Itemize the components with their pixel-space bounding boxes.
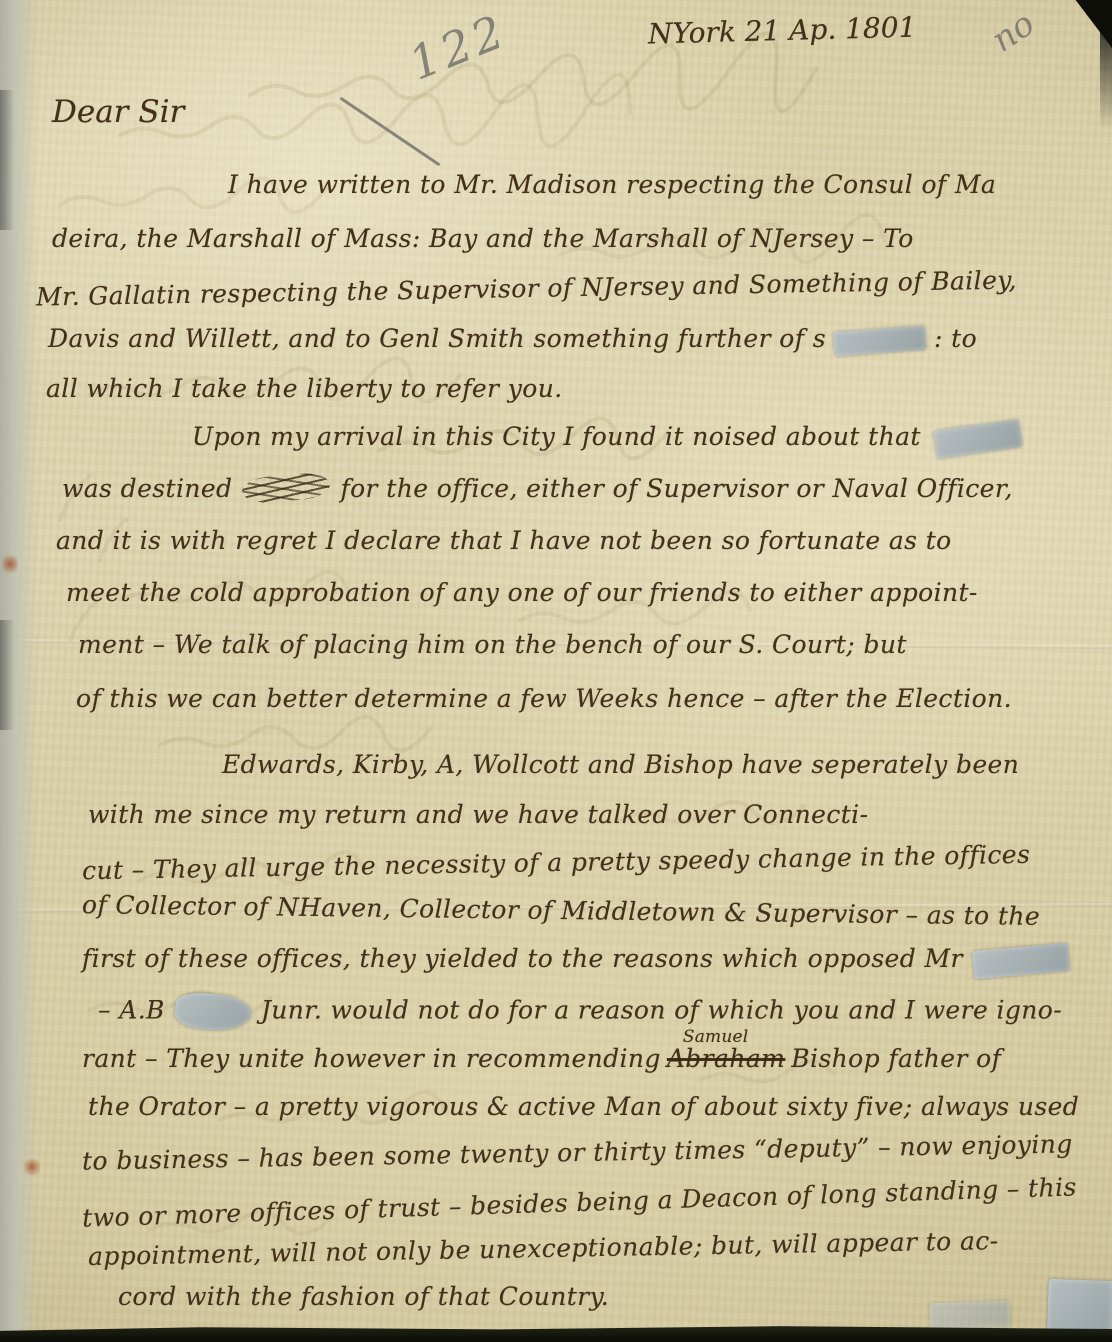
repair-patch — [1047, 1279, 1112, 1333]
line-text: : to — [934, 324, 977, 353]
letter-line: cord with the fashion of that Country. — [118, 1282, 609, 1311]
letter-line: was destinedfor the office, either of Su… — [62, 474, 1013, 507]
line-text: Bishop father of — [791, 1044, 1001, 1073]
scanned-letter-page: 122 no NYork 21 Ap. 1801 Dear Sir I have… — [0, 0, 1112, 1342]
line-text: rant – They unite however in recommendin… — [82, 1044, 661, 1073]
ink-stain — [22, 1158, 42, 1176]
scan-edge-dark — [1100, 0, 1112, 130]
repair-patch — [930, 1301, 1011, 1330]
letter-line: Edwards, Kirby, A, Wollcott and Bishop h… — [222, 750, 1019, 779]
edge-smudge — [0, 620, 14, 730]
letter-line: I have written to Mr. Madison respecting… — [228, 170, 996, 199]
letter-line: meet the cold approbation of any one of … — [66, 578, 978, 607]
correction: SamuelAbraham — [667, 1044, 785, 1073]
line-text: first of these offices, they yielded to … — [82, 944, 963, 973]
ink-stain — [2, 552, 18, 576]
scraped-patch — [933, 419, 1022, 459]
letter-line: all which I take the liberty to refer yo… — [46, 374, 563, 403]
scraped-patch — [174, 991, 252, 1032]
scraped-patch — [833, 325, 926, 355]
letter-dateline: NYork 21 Ap. 1801 — [648, 10, 917, 50]
letter-line: – A.BJunr. would not do for a reason of … — [98, 994, 1062, 1030]
line-text: for the office, either of Supervisor or … — [340, 474, 1012, 503]
inserted-word: Samuel — [683, 1027, 749, 1047]
crossed-out-word — [241, 471, 331, 505]
letter-line: of this we can better determine a few We… — [76, 684, 1012, 713]
letter-line: ment – We talk of placing him on the ben… — [78, 630, 907, 659]
letter-line: Davis and Willett, and to Genl Smith som… — [48, 324, 977, 353]
edge-smudge — [0, 90, 14, 230]
letter-line: first of these offices, they yielded to … — [82, 944, 1069, 975]
letter-salutation: Dear Sir — [52, 94, 184, 130]
letter-line: and it is with regret I declare that I h… — [56, 526, 952, 555]
letter-line: with me since my return and we have talk… — [88, 800, 868, 829]
letter-line: deira, the Marshall of Mass: Bay and the… — [52, 224, 914, 253]
line-text: Davis and Willett, and to Genl Smith som… — [48, 324, 826, 353]
letter-line: Upon my arrival in this City I found it … — [192, 422, 1021, 453]
line-text: – A.B — [98, 996, 165, 1025]
line-text: Junr. would not do for a reason of which… — [261, 996, 1062, 1025]
line-text: Upon my arrival in this City I found it … — [192, 422, 921, 451]
struck-word: Abraham — [667, 1044, 785, 1073]
line-text: was destined — [62, 474, 232, 503]
letter-line: rant – They unite however in recommendin… — [82, 1044, 1001, 1073]
scraped-patch — [972, 942, 1070, 978]
letter-line: the Orator – a pretty vigorous & active … — [88, 1092, 1079, 1121]
